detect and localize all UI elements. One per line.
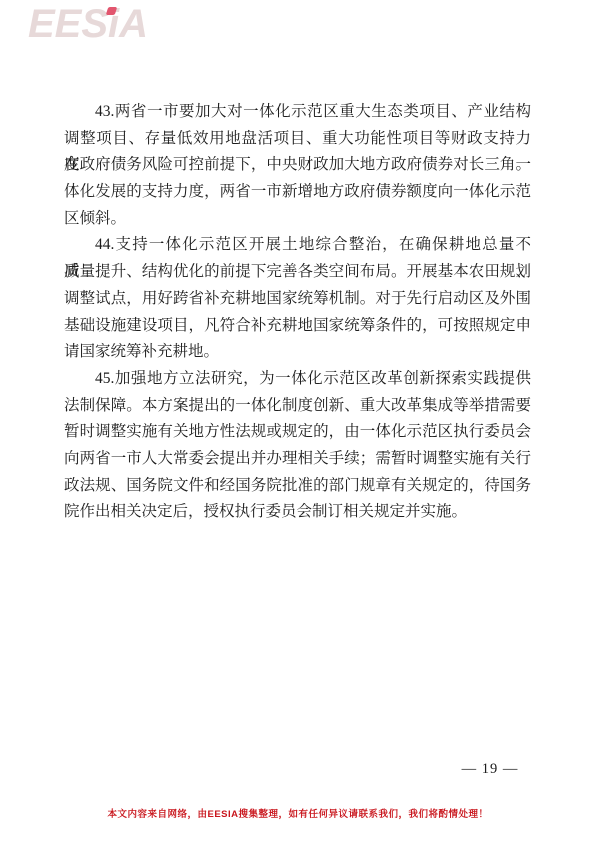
eesia-logo-text: EESiA [28,2,148,46]
eesia-logo: EESiA [28,0,148,48]
text-line: 请国家统筹补充耕地。 [64,339,531,366]
text-line: 体化发展的支持力度，两省一市新增地方政府债券额度向一体化示范 [64,179,531,206]
paragraph: 44.支持一体化示范区开展土地综合整治，在确保耕地总量不减、质量提升、结构优化的… [64,232,531,365]
text-line: 院作出相关决定后，授权执行委员会制订相关规定并实施。 [64,499,531,526]
text-line: 45.加强地方立法研究，为一体化示范区改革创新探索实践提供 [64,366,531,393]
text-line: 43.两省一市要加大对一体化示范区重大生态类项目、产业结构 [64,99,531,126]
text-line: 法制保障。本方案提出的一体化制度创新、重大改革集成等举措需要 [64,393,531,420]
text-line: 基础设施建设项目，凡符合补充耕地国家统筹条件的，可按照规定申 [64,313,531,340]
text-line: 调整项目、存量低效用地盘活项目、重大功能性项目等财政支持力度。 [64,126,531,153]
document-body: 43.两省一市要加大对一体化示范区重大生态类项目、产业结构调整项目、存量低效用地… [64,99,531,526]
paragraph: 43.两省一市要加大对一体化示范区重大生态类项目、产业结构调整项目、存量低效用地… [64,99,531,232]
text-line: 44.支持一体化示范区开展土地综合整治，在确保耕地总量不减、 [64,232,531,259]
page-number: — 19 — [440,761,540,778]
text-line: 区倾斜。 [64,206,531,233]
text-line: 质量提升、结构优化的前提下完善各类空间布局。开展基本农田规划 [64,259,531,286]
text-line: 在政府债务风险可控前提下，中央财政加大地方政府债券对长三角一 [64,152,531,179]
disclaimer-text: 本文内容来自网络，由EESIA搜集整理，如有任何异议请联系我们，我们将酌情处理！ [0,806,596,820]
text-line: 政法规、国务院文件和经国务院批准的部门规章有关规定的，待国务 [64,473,531,500]
paragraph: 45.加强地方立法研究，为一体化示范区改革创新探索实践提供法制保障。本方案提出的… [64,366,531,526]
text-line: 向两省一市人大常委会提出并办理相关手续；需暂时调整实施有关行 [64,446,531,473]
text-line: 暂时调整实施有关地方性法规或规定的，由一体化示范区执行委员会 [64,419,531,446]
text-line: 调整试点，用好跨省补充耕地国家统筹机制。对于先行启动区及外围 [64,286,531,313]
document-page: EESiA 43.两省一市要加大对一体化示范区重大生态类项目、产业结构调整项目、… [0,0,596,842]
